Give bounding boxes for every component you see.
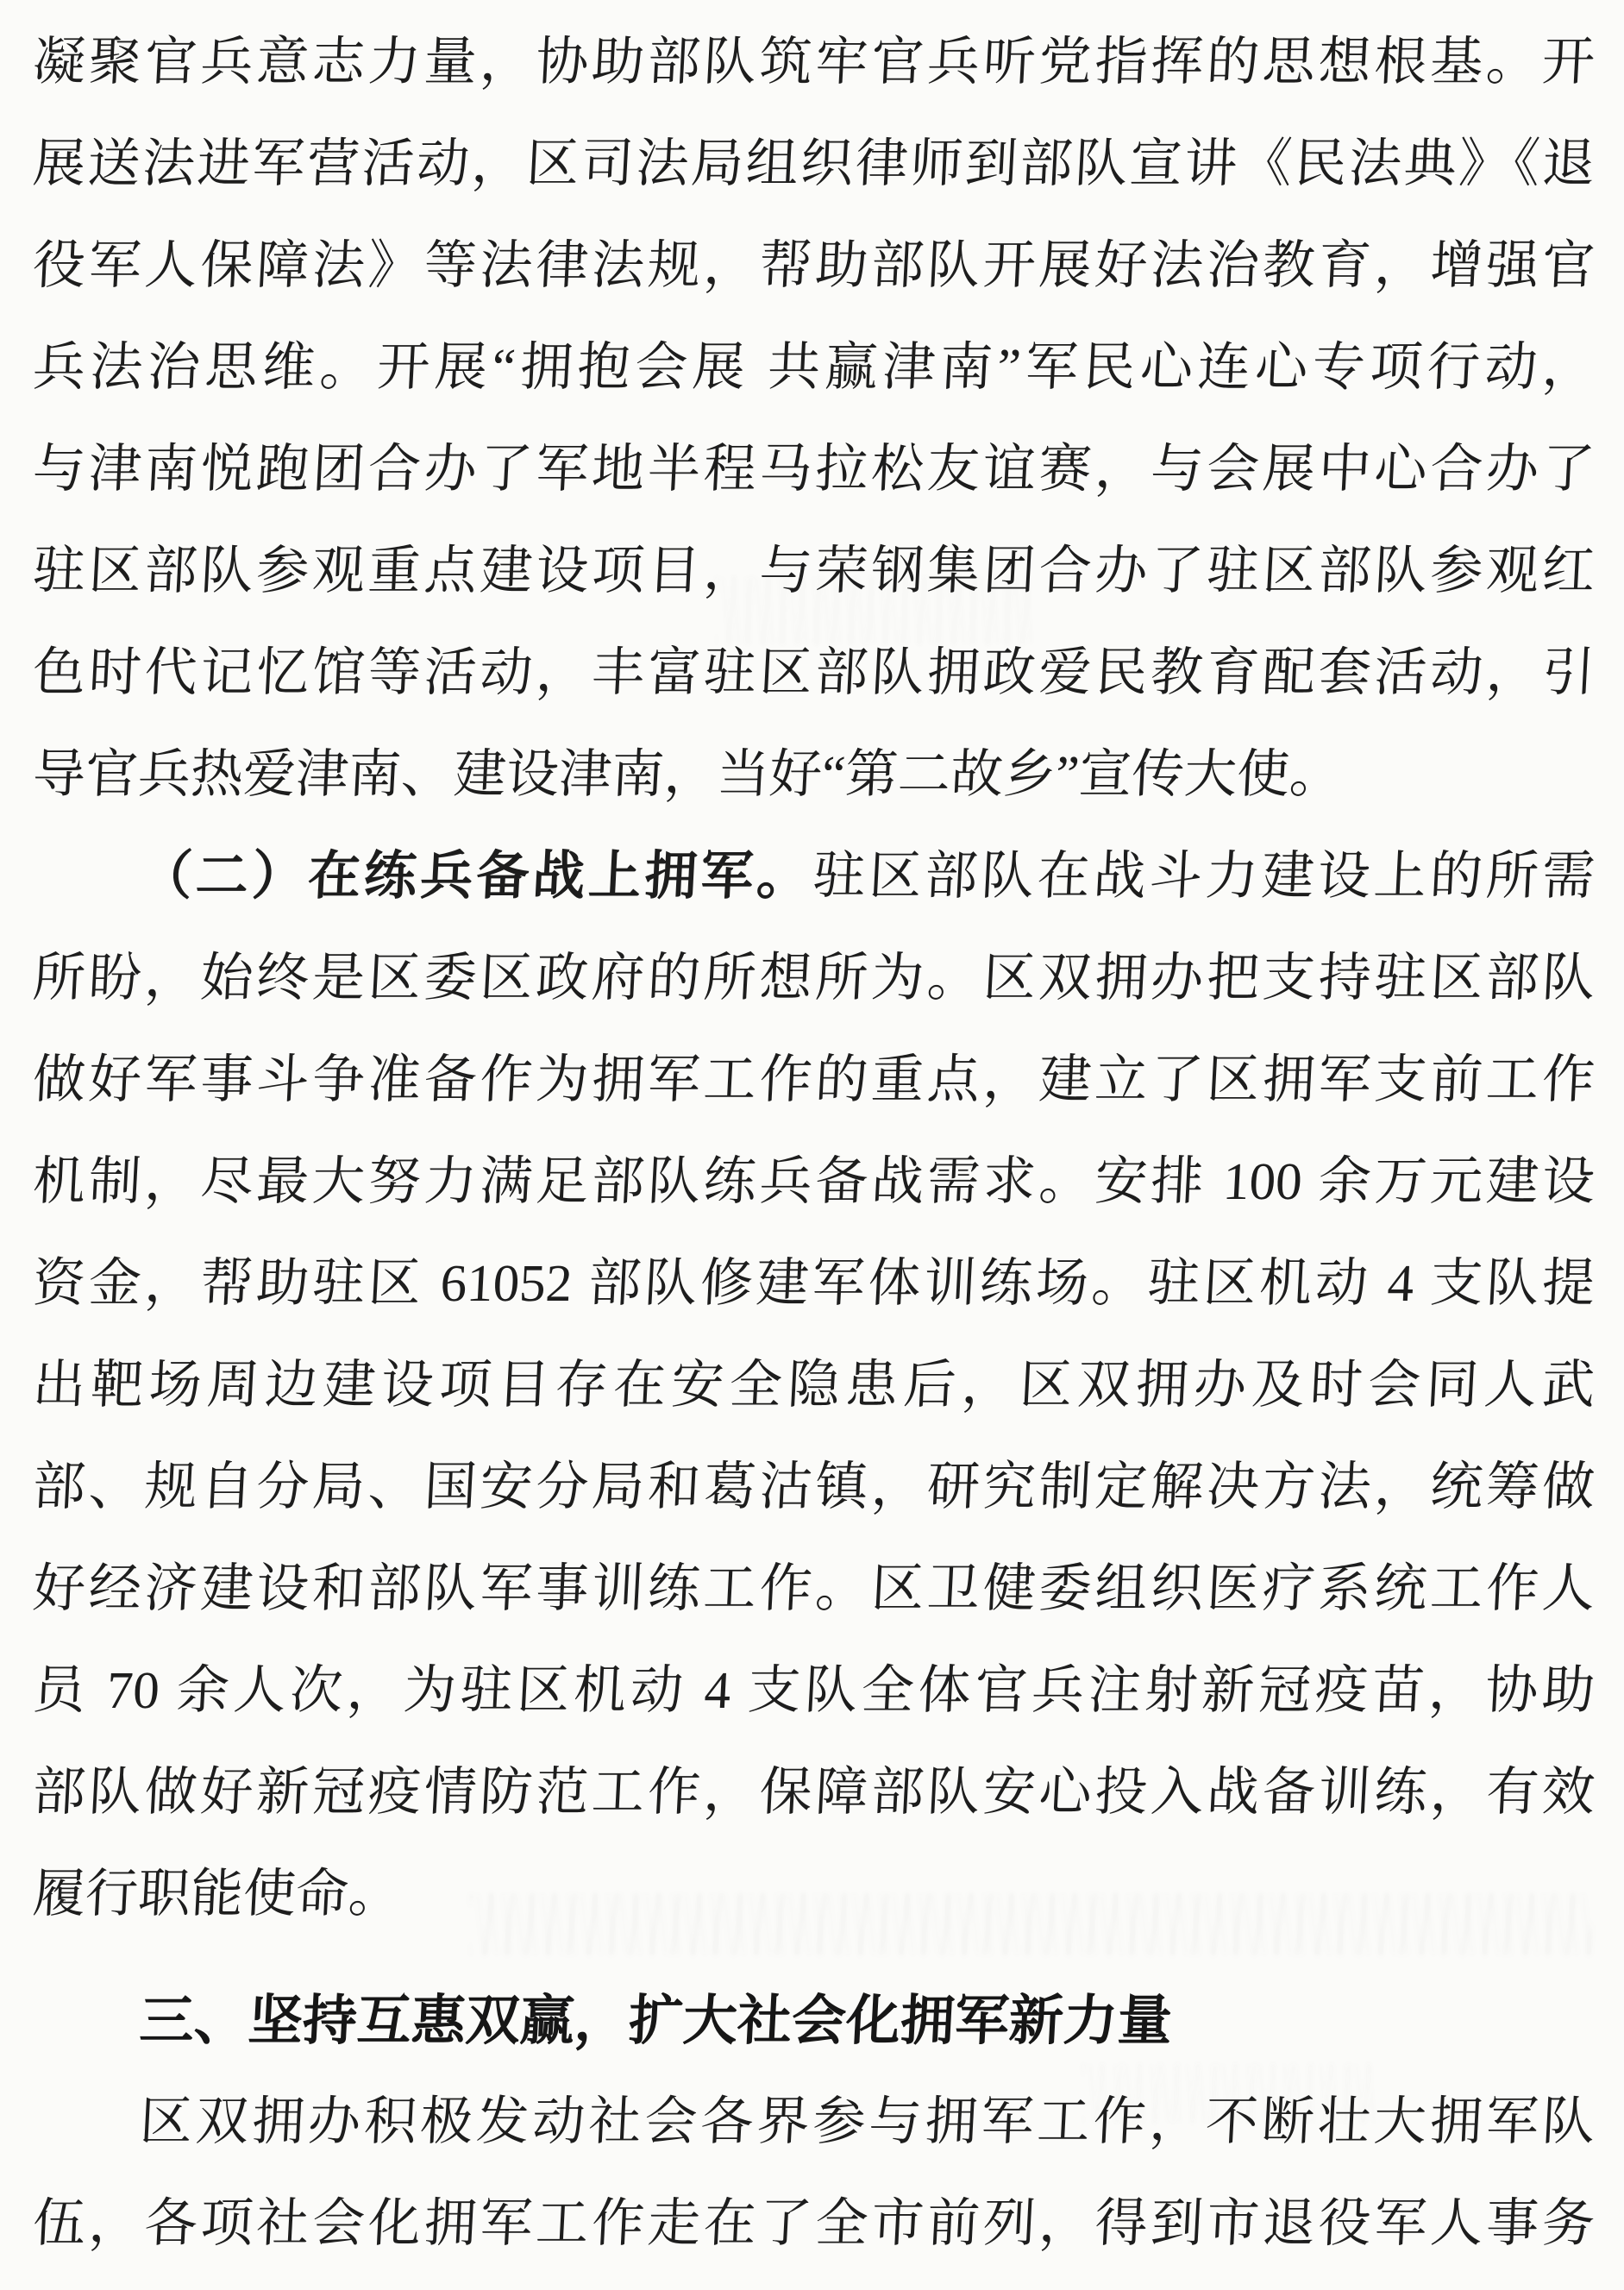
text-line: 部、规自分局、国安分局和葛沽镇，研究制定解决方法，统筹做 [30,1437,1597,1539]
text-run: 资金，帮助驻区 61052 部队修建军体训练场。驻区机动 4 支队提 [31,1255,1596,1313]
text-line: 所盼，始终是区委区政府的所想所为。区双拥办把支持驻区部队 [30,928,1597,1030]
subsection-title: （二）在练兵备战上拥军。 [138,848,814,906]
document-page: 凝聚官兵意志力量，协助部队筑牢官兵听党指挥的思想根基。开展送法进军营活动，区司法… [0,0,1624,2290]
text-line: 导官兵热爱津南、建设津南，当好“第二故乡”宣传大使。 [30,725,1597,826]
text-line: 展送法进军营活动，区司法局组织律师到部队宣讲《民法典》《退 [30,114,1597,216]
text-line: 兵法治思维。开展“拥抱会展 共赢津南”军民心连心专项行动， [30,317,1597,419]
text-line: 区双拥办积极发动社会各界参与拥军工作，不断壮大拥军队 [30,2072,1597,2174]
text-run: 兵法治思维。开展“拥抱会展 共赢津南”军民心连心专项行动， [31,339,1596,397]
text-run: 出靶场周边建设项目存在安全隐患后，区双拥办及时会同人武 [31,1357,1596,1415]
text-run: 导官兵热爱津南、建设津南，当好“第二故乡”宣传大使。 [31,746,1344,804]
text-line: 役军人保障法》等法律法规，帮助部队开展好法治教育，增强官 [30,216,1597,317]
text-run: 色时代记忆馆等活动，丰富驻区部队拥政爱民教育配套活动，引 [31,644,1596,702]
text-run: 好经济建设和部队军事训练工作。区卫健委组织医疗系统工作人 [31,1560,1596,1618]
text-line: 部队做好新冠疫情防范工作，保障部队安心投入战备训练，有效 [30,1742,1597,1844]
text-line: 资金，帮助驻区 61052 部队修建军体训练场。驻区机动 4 支队提 [30,1233,1597,1335]
text-run: 三、坚持互惠双赢，扩大社会化拥军新力量 [138,1991,1174,2051]
text-run: 驻区部队参观重点建设项目，与荣钢集团合办了驻区部队参观红 [31,543,1596,600]
text-line: 色时代记忆馆等活动，丰富驻区部队拥政爱民教育配套活动，引 [30,623,1597,725]
text-line: 好经济建设和部队军事训练工作。区卫健委组织医疗系统工作人 [30,1539,1597,1641]
text-line: 做好军事斗争准备作为拥军工作的重点，建立了区拥军支前工作 [30,1030,1597,1132]
text-line: （二）在练兵备战上拥军。驻区部队在战斗力建设上的所需 [30,826,1597,928]
text-run: 伍，各项社会化拥军工作走在了全市前列，得到市退役军人事务 [31,2195,1596,2253]
text-line: 履行职能使命。 [30,1844,1597,1946]
text-run: 部、规自分局、国安分局和葛沽镇，研究制定解决方法，统筹做 [31,1459,1596,1516]
text-line: 凝聚官兵意志力量，协助部队筑牢官兵听党指挥的思想根基。开 [30,12,1597,114]
text-line: 机制，尽最大努力满足部队练兵备战需求。安排 100 余万元建设 [30,1132,1597,1233]
text-run: 员 70 余人次，为驻区机动 4 支队全体官兵注射新冠疫苗，协助 [31,1662,1596,1720]
text-line: 与津南悦跑团合办了军地半程马拉松友谊赛，与会展中心合办了 [30,419,1597,521]
text-line: 驻区部队参观重点建设项目，与荣钢集团合办了驻区部队参观红 [30,521,1597,623]
text-run: 役军人保障法》等法律法规，帮助部队开展好法治教育，增强官 [31,237,1596,295]
text-run: 做好军事斗争准备作为拥军工作的重点，建立了区拥军支前工作 [31,1051,1596,1109]
text-run: 部队做好新冠疫情防范工作，保障部队安心投入战备训练，有效 [31,1764,1596,1822]
text-run: 履行职能使命。 [31,1866,403,1923]
text-run: 区双拥办积极发动社会各界参与拥军工作，不断壮大拥军队 [138,2093,1596,2151]
document-text: 凝聚官兵意志力量，协助部队筑牢官兵听党指挥的思想根基。开展送法进军营活动，区司法… [33,12,1595,2275]
text-run: 所盼，始终是区委区政府的所想所为。区双拥办把支持驻区部队 [31,950,1596,1007]
text-line: 伍，各项社会化拥军工作走在了全市前列，得到市退役军人事务 [30,2174,1597,2275]
section-heading: 三、坚持互惠双赢，扩大社会化拥军新力量 [30,1970,1597,2072]
text-run: 凝聚官兵意志力量，协助部队筑牢官兵听党指挥的思想根基。开 [31,34,1596,91]
text-line: 出靶场周边建设项目存在安全隐患后，区双拥办及时会同人武 [30,1335,1597,1437]
text-line: 员 70 余人次，为驻区机动 4 支队全体官兵注射新冠疫苗，协助 [30,1641,1597,1742]
text-run: 展送法进军营活动，区司法局组织律师到部队宣讲《民法典》《退 [31,135,1596,193]
text-run: 机制，尽最大努力满足部队练兵备战需求。安排 100 余万元建设 [31,1153,1596,1211]
text-run: 与津南悦跑团合办了军地半程马拉松友谊赛，与会展中心合办了 [31,441,1596,499]
text-run: 驻区部队在战斗力建设上的所需 [812,848,1596,906]
